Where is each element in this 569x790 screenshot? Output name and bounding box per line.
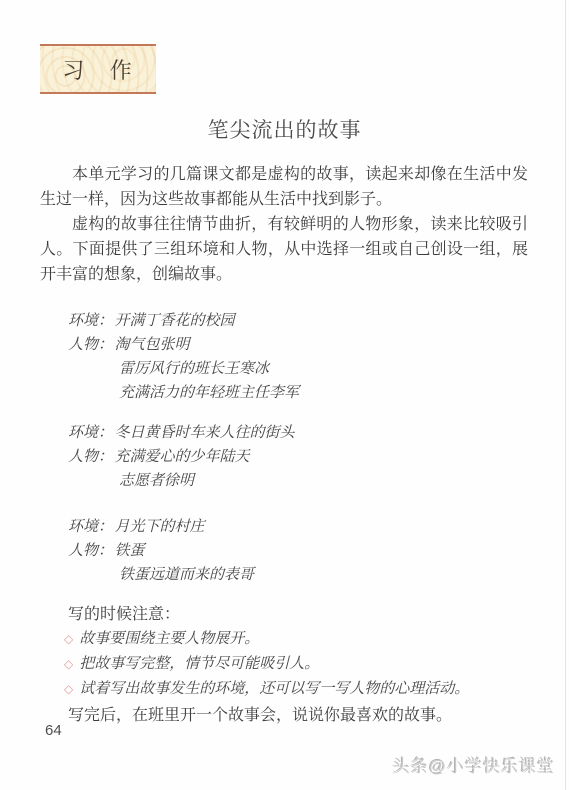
characters-label: 人物： <box>68 337 113 353</box>
environment-value: 开满丁香花的校园 <box>115 313 235 329</box>
page-number: 64 <box>45 722 62 739</box>
diamond-bullet-icon: ◇ <box>64 628 73 651</box>
notes-heading: 写的时候注意： <box>68 603 528 626</box>
diamond-bullet-icon: ◇ <box>64 678 73 701</box>
note-text: 试着写出故事发生的环境，还可以写一写人物的心理活动。 <box>79 678 469 701</box>
scene-group-3: 环境：月光下的村庄 人物：铁蛋 铁蛋远道而来的表哥 <box>68 515 528 587</box>
writing-notes: 写的时候注意： ◇ 故事要围绕主要人物展开。 ◇ 把故事写完整，情节尽可能吸引人… <box>68 603 528 701</box>
environment-label: 环境： <box>68 425 113 441</box>
environment-label: 环境： <box>68 519 113 535</box>
character-value: 雷厉风行的班长王寒冰 <box>68 357 528 381</box>
intro-paragraph: 虚构的故事往往情节曲折，有较鲜明的人物形象，读来比较吸引人。下面提供了三组环境和… <box>40 212 528 287</box>
scene-group-2: 环境：冬日黄昏时车来人往的街头 人物：充满爱心的少年陆天 志愿者徐明 <box>68 421 528 493</box>
character-value: 充满爱心的少年陆天 <box>115 449 250 465</box>
environment-line: 环境：月光下的村庄 <box>68 515 528 539</box>
environment-line: 环境：冬日黄昏时车来人往的街头 <box>68 421 528 445</box>
character-value: 充满活力的年轻班主任李军 <box>68 381 528 405</box>
characters-label: 人物： <box>68 449 113 465</box>
characters-line: 人物：淘气包张明 <box>68 333 528 357</box>
intro-paragraphs: 本单元学习的几篇课文都是虚构的故事，读起来却像在生活中发生过一样，因为这些故事都… <box>40 162 528 287</box>
note-item: ◇ 故事要围绕主要人物展开。 <box>64 628 528 651</box>
environment-value: 月光下的村庄 <box>115 519 205 535</box>
environment-label: 环境： <box>68 313 113 329</box>
scene-group-1: 环境：开满丁香花的校园 人物：淘气包张明 雷厉风行的班长王寒冰 充满活力的年轻班… <box>68 309 528 405</box>
page-title: 笔尖流出的故事 <box>40 114 529 144</box>
note-text: 故事要围绕主要人物展开。 <box>79 628 259 651</box>
page-edge-divider <box>565 0 566 790</box>
character-value: 淘气包张明 <box>115 337 190 353</box>
characters-label: 人物： <box>68 543 113 559</box>
environment-value: 冬日黄昏时车来人往的街头 <box>115 425 295 441</box>
note-item: ◇ 试着写出故事发生的环境，还可以写一写人物的心理活动。 <box>64 678 528 701</box>
closing-sentence: 写完后，在班里开一个故事会，说说你最喜欢的故事。 <box>40 704 528 728</box>
section-badge-label: 习 作 <box>62 54 134 85</box>
textbook-page: 习 作 笔尖流出的故事 本单元学习的几篇课文都是虚构的故事，读起来却像在生活中发… <box>0 0 569 790</box>
note-item: ◇ 把故事写完整，情节尽可能吸引人。 <box>64 653 528 676</box>
characters-line: 人物：充满爱心的少年陆天 <box>68 445 528 469</box>
character-value: 志愿者徐明 <box>68 469 528 493</box>
character-value: 铁蛋 <box>115 543 145 559</box>
environment-line: 环境：开满丁香花的校园 <box>68 309 528 333</box>
note-text: 把故事写完整，情节尽可能吸引人。 <box>79 653 319 676</box>
watermark: 头条@小学快乐课堂 <box>393 752 555 777</box>
intro-paragraph: 本单元学习的几篇课文都是虚构的故事，读起来却像在生活中发生过一样，因为这些故事都… <box>40 162 528 212</box>
section-badge: 习 作 <box>40 44 156 94</box>
diamond-bullet-icon: ◇ <box>64 653 73 676</box>
character-value: 铁蛋远道而来的表哥 <box>68 563 528 587</box>
characters-line: 人物：铁蛋 <box>68 539 528 563</box>
